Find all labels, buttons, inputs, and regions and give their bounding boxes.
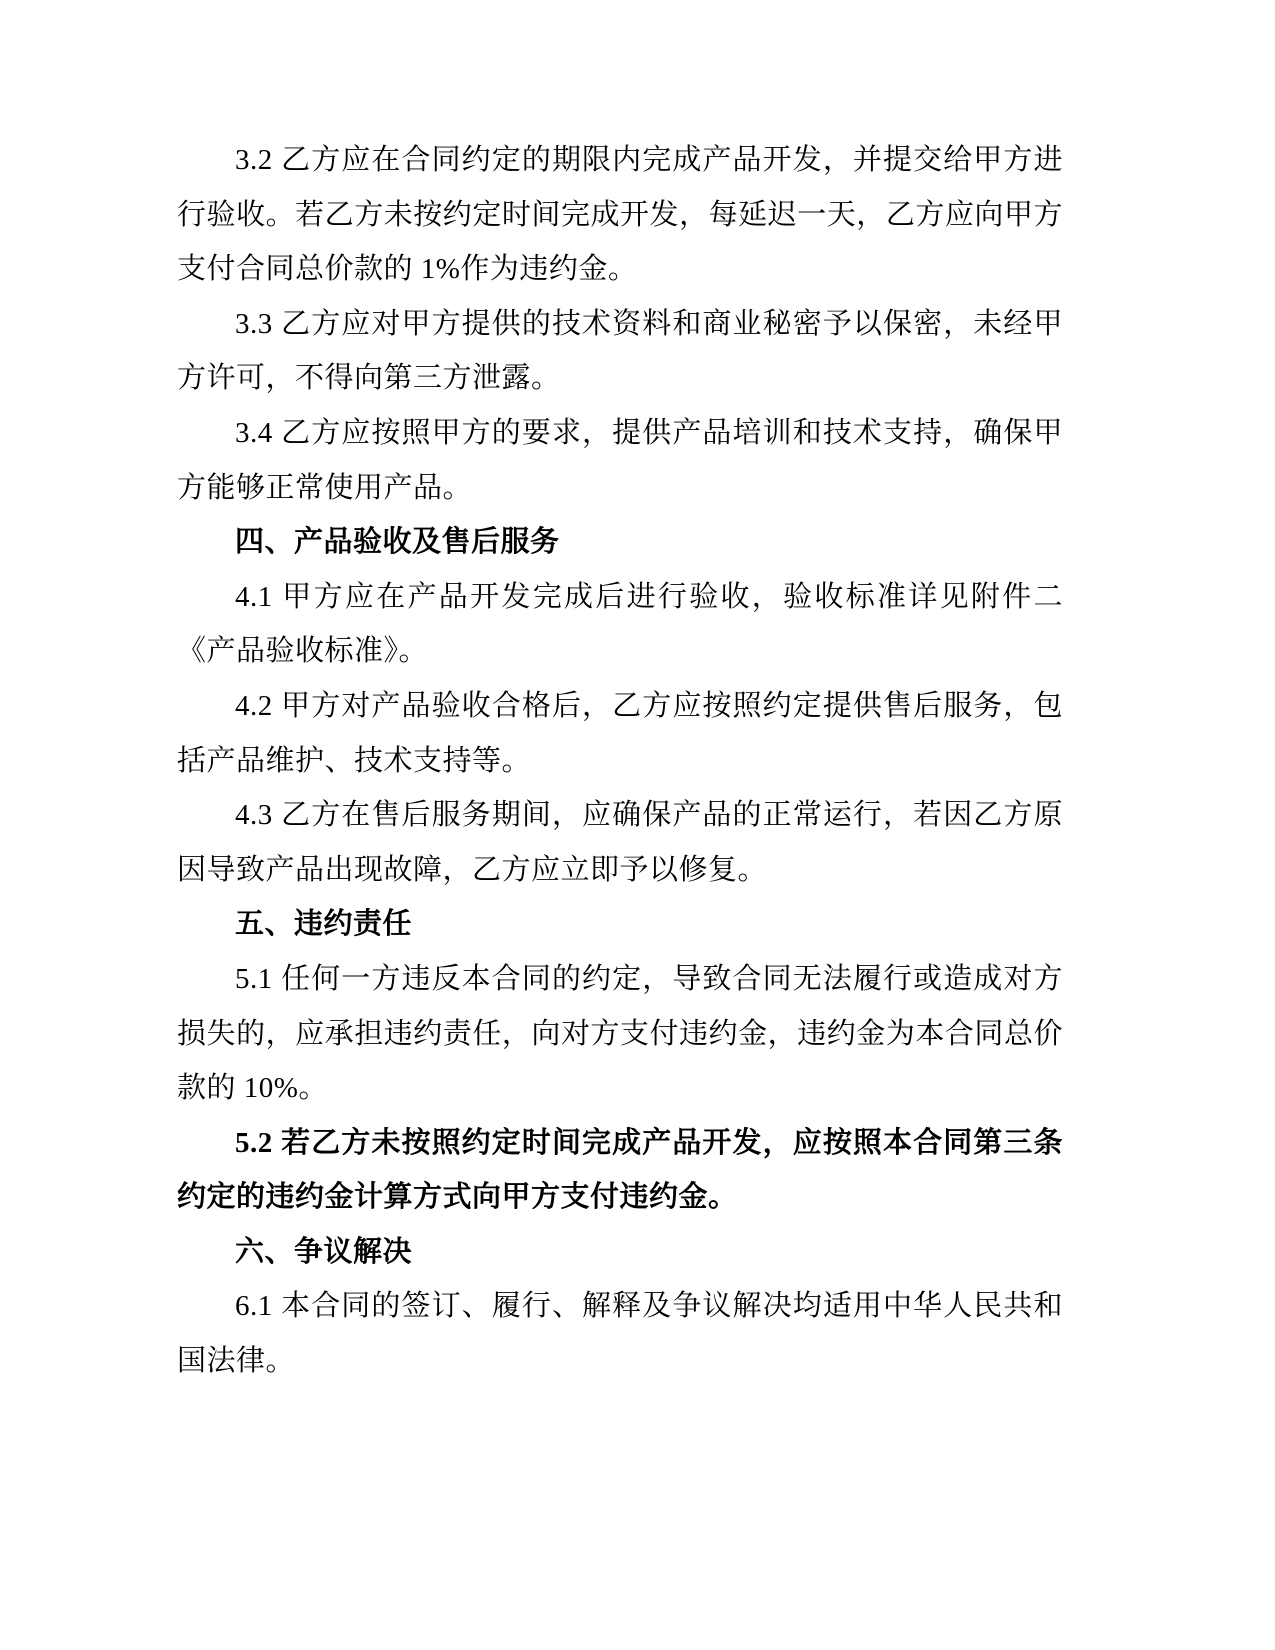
- clause-3-4: 3.4 乙方应按照甲方的要求，提供产品培训和技术支持，确保甲方能够正常使用产品。: [177, 406, 1063, 515]
- clause-5-1: 5.1 任何一方违反本合同的约定，导致合同无法履行或造成对方损失的，应承担违约责…: [177, 952, 1063, 1116]
- clause-5-2: 5.2 若乙方未按照约定时间完成产品开发，应按照本合同第三条约定的违约金计算方式…: [177, 1116, 1063, 1225]
- section-heading-6: 六、争议解决: [177, 1225, 1063, 1280]
- document-page: 3.2 乙方应在合同约定的期限内完成产品开发，并提交给甲方进行验收。若乙方未按约…: [0, 0, 1275, 1650]
- clause-4-1: 4.1 甲方应在产品开发完成后进行验收，验收标准详见附件二《产品验收标准》。: [177, 570, 1063, 679]
- clause-6-1: 6.1 本合同的签订、履行、解释及争议解决均适用中华人民共和国法律。: [177, 1279, 1063, 1388]
- contract-body: 3.2 乙方应在合同约定的期限内完成产品开发，并提交给甲方进行验收。若乙方未按约…: [177, 133, 1063, 1389]
- clause-3-2: 3.2 乙方应在合同约定的期限内完成产品开发，并提交给甲方进行验收。若乙方未按约…: [177, 133, 1063, 297]
- clause-3-3: 3.3 乙方应对甲方提供的技术资料和商业秘密予以保密，未经甲方许可，不得向第三方…: [177, 297, 1063, 406]
- clause-4-2: 4.2 甲方对产品验收合格后，乙方应按照约定提供售后服务，包括产品维护、技术支持…: [177, 679, 1063, 788]
- clause-4-3: 4.3 乙方在售后服务期间，应确保产品的正常运行，若因乙方原因导致产品出现故障，…: [177, 788, 1063, 897]
- section-heading-4: 四、产品验收及售后服务: [177, 515, 1063, 570]
- section-heading-5: 五、违约责任: [177, 897, 1063, 952]
